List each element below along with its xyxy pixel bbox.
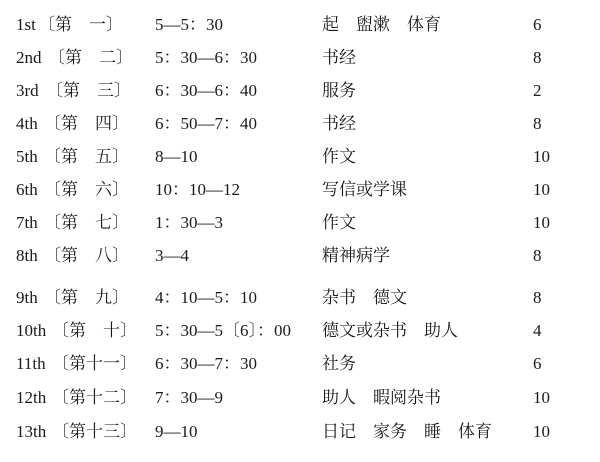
period-ordinal: 13th [16,417,46,447]
schedule-row: 12th 〔第十二〕 7：30—9 助人 暇阅杂书 10 [0,383,600,413]
schedule-row: 4th 〔第 四〕 6：50—7：40 书经 8 [0,109,600,139]
period-chinese-ordinal: 〔第 二〕 [48,43,133,73]
period-hours: 8 [533,283,542,313]
period-chinese-ordinal: 〔第 十〕 [52,316,137,346]
period-time: 1：30—3 [155,208,223,238]
period-activity: 作文 [322,208,356,238]
period-chinese-ordinal: 〔第 九〕 [44,283,129,313]
period-activity: 起 盥漱 体育 [322,10,441,40]
period-ordinal: 3rd [16,76,39,106]
period-ordinal: 8th [16,241,38,271]
period-hours: 10 [533,383,550,413]
period-ordinal: 5th [16,142,38,172]
period-hours: 8 [533,241,542,271]
schedule-row: 8th 〔第 八〕 3—4 精神病学 8 [0,241,600,271]
period-chinese-ordinal: 〔第十三〕 [52,417,137,447]
period-ordinal: 2nd [16,43,42,73]
period-activity: 助人 暇阅杂书 [322,383,441,413]
period-time: 3—4 [155,241,189,271]
period-ordinal: 11th [16,349,46,379]
period-activity: 日记 家务 睡 体育 [322,417,492,447]
period-hours: 10 [533,142,550,172]
period-hours: 10 [533,175,550,205]
period-chinese-ordinal: 〔第十一〕 [52,349,137,379]
period-chinese-ordinal: 〔第 五〕 [44,142,129,172]
period-ordinal: 1st [16,10,36,40]
period-activity: 精神病学 [322,241,390,271]
schedule-row: 5th 〔第 五〕 8—10 作文 10 [0,142,600,172]
period-time: 5：30—5〔6〕：00 [155,316,291,346]
period-ordinal: 12th [16,383,46,413]
period-time: 5—5：30 [155,10,223,40]
period-ordinal: 9th [16,283,38,313]
period-hours: 6 [533,10,542,40]
period-chinese-ordinal: 〔第十二〕 [52,383,137,413]
period-hours: 10 [533,417,550,447]
period-chinese-ordinal: 〔第 四〕 [44,109,129,139]
period-activity: 杂书 德文 [322,283,407,313]
period-chinese-ordinal: 〔第 八〕 [44,241,129,271]
period-chinese-ordinal: 〔第 一〕 [38,10,123,40]
period-activity: 社务 [322,349,356,379]
period-activity: 作文 [322,142,356,172]
period-time: 6：50—7：40 [155,109,257,139]
period-time: 10：10—12 [155,175,240,205]
period-time: 4：10—5：10 [155,283,257,313]
period-hours: 2 [533,76,542,106]
schedule-row: 10th 〔第 十〕 5：30—5〔6〕：00 德文或杂书 助人 4 [0,316,600,346]
period-activity: 服务 [322,76,356,106]
schedule-row: 9th 〔第 九〕 4：10—5：10 杂书 德文 8 [0,283,600,313]
period-ordinal: 10th [16,316,46,346]
period-chinese-ordinal: 〔第 三〕 [46,76,131,106]
period-ordinal: 6th [16,175,38,205]
schedule-row: 13th 〔第十三〕 9—10 日记 家务 睡 体育 10 [0,417,600,447]
period-time: 7：30—9 [155,383,223,413]
schedule-row: 11th 〔第十一〕 6：30—7：30 社务 6 [0,349,600,379]
schedule-row: 2nd 〔第 二〕 5：30—6：30 书经 8 [0,43,600,73]
schedule-row: 3rd 〔第 三〕 6：30—6：40 服务 2 [0,76,600,106]
period-activity: 写信或学课 [322,175,407,205]
period-hours: 4 [533,316,542,346]
period-ordinal: 4th [16,109,38,139]
schedule-row: 6th 〔第 六〕 10：10—12 写信或学课 10 [0,175,600,205]
period-chinese-ordinal: 〔第 七〕 [44,208,129,238]
period-time: 9—10 [155,417,198,447]
period-time: 5：30—6：30 [155,43,257,73]
period-time: 6：30—6：40 [155,76,257,106]
period-activity: 书经 [322,43,356,73]
schedule-row: 1st 〔第 一〕 5—5：30 起 盥漱 体育 6 [0,10,600,40]
daily-schedule-table: 1st 〔第 一〕 5—5：30 起 盥漱 体育 6 2nd 〔第 二〕 5：3… [0,0,600,462]
period-hours: 6 [533,349,542,379]
period-time: 8—10 [155,142,198,172]
period-time: 6：30—7：30 [155,349,257,379]
period-activity: 书经 [322,109,356,139]
period-chinese-ordinal: 〔第 六〕 [44,175,129,205]
period-hours: 8 [533,43,542,73]
period-ordinal: 7th [16,208,38,238]
period-hours: 10 [533,208,550,238]
period-hours: 8 [533,109,542,139]
period-activity: 德文或杂书 助人 [322,316,458,346]
schedule-row: 7th 〔第 七〕 1：30—3 作文 10 [0,208,600,238]
